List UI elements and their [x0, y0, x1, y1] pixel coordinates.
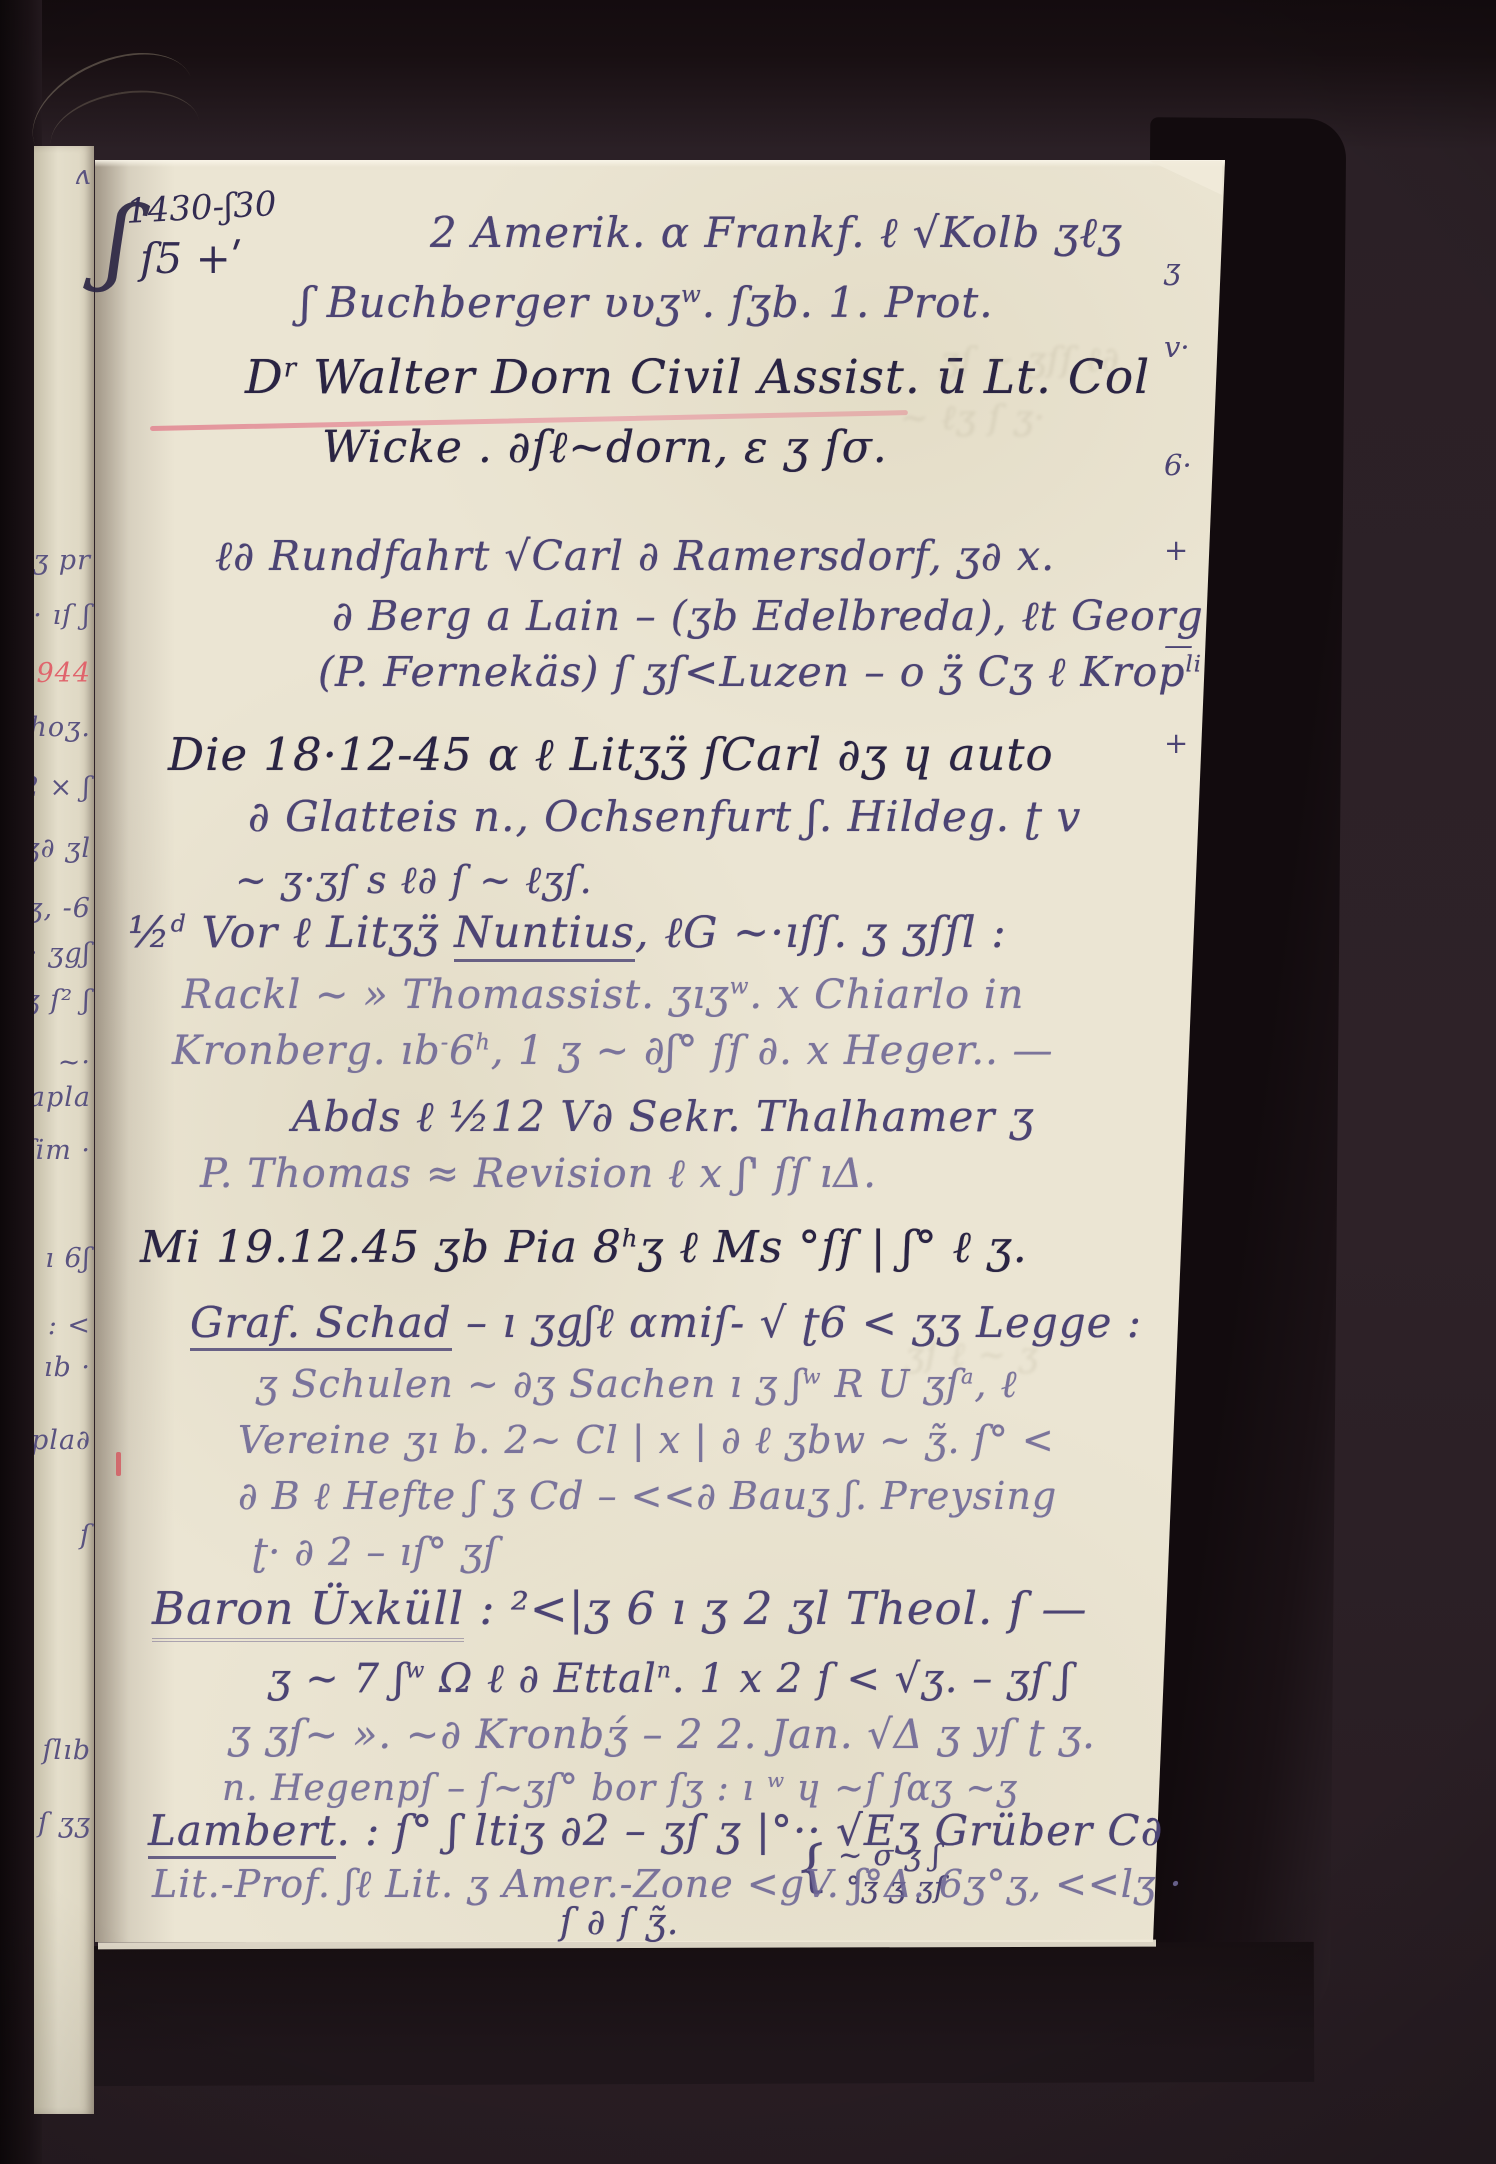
handwritten-line: Mi 19.12.45 ʒb Pia 8hʒ ℓ Ms °ſſ | ʃ° ℓ ʒ… — [140, 1222, 1028, 1273]
text-segment: ʒſ ℓ ~ ʒ — [905, 1335, 1039, 1375]
handwritten-line: ʒ ʒſ~ ». ~∂ Kronbʒ́ – 2 2. Jan. √Δ ʒ yſ … — [228, 1712, 1096, 1758]
text-segment: Wicke . ∂ſℓ~dorn, ε ʒ ſσ. — [322, 422, 888, 473]
text-segment: w — [406, 1659, 426, 1684]
margin-annotation: + — [1164, 533, 1188, 567]
text-segment: ɥ ~ſ ſαʒ ~ʒ — [785, 1768, 1018, 1809]
text-segment: Ω ℓ ∂ Ettal — [425, 1656, 656, 1702]
underlined-word: Nuntius — [454, 908, 635, 962]
underlined-word: Lambert — [148, 1806, 336, 1859]
text-segment: ℓ∂ Rundfahrt √Carl ∂ Ramersdorf, ʒ∂ x. — [215, 532, 1055, 580]
margin-annotation: + — [1164, 726, 1188, 760]
text-segment: ~ ℓʒ ſ ʒ· — [900, 398, 1046, 438]
handwritten-line: ʒ Schulen ~ ∂ʒ Sachen ı ʒ ʃw R U ʒſa, ℓ — [256, 1362, 1017, 1407]
handwritten-line: Rackl ~ » Thomassist. ʒıʒw. x Chiarlo in — [182, 972, 1024, 1018]
text-segment: P. Thomas ≈ Revision ℓ x ʃ' ſſ ıΔ. — [200, 1151, 877, 1197]
text-segment: Vereine ʒı b. 2~ Cl | x | ∂ ℓ ʒbw ~ ʒ̃. … — [238, 1418, 1055, 1462]
handwritten-line: ʒſ ℓ ~ ʒ — [905, 1335, 1039, 1375]
margin-annotation: — — [1164, 628, 1193, 662]
text-segment: . ſʒb. 1. Prot. — [702, 278, 994, 327]
text-segment: Abds ℓ ½12 V∂ Sekr. Thalhamer ʒ — [292, 1092, 1034, 1141]
text-segment: n — [657, 1659, 672, 1684]
handwritten-line: ʒ ~ 7 ʃw Ω ℓ ∂ Ettaln. 1 x 2 ſ < √ʒ. – ʒ… — [268, 1655, 1072, 1702]
text-segment: ∂ Glatteis n., Ochsenfurt ʃ. Hildeg. ʈ v — [248, 792, 1081, 841]
handwritten-line: Lit.-Prof. ʃℓ Lit. ʒ Amer.-Zone <gV. ʃ°Δ… — [152, 1862, 1183, 1907]
page-number: 1430-ʃ30 — [125, 184, 277, 232]
text-segment: 2 Amerik. α Frankf. ℓ √Kolb ʒℓʒ — [430, 208, 1123, 257]
margin-annotation: 6· — [1164, 448, 1192, 482]
handwritten-line: ∂ Berg a Lain – (ʒb Edelbreda), ℓt Georg — [332, 592, 1204, 640]
text-segment: d — [171, 910, 187, 938]
text-segment: ʒſ ~ ʒſſ ℓ∂ — [940, 340, 1120, 380]
handwritten-line: ʃ Buchberger ʋʋʒw. ſʒb. 1. Prot. — [300, 278, 994, 327]
text-segment: ½ — [128, 908, 171, 958]
handwritten-line: Vereine ʒı b. 2~ Cl | x | ∂ ℓ ʒbw ~ ʒ̃. … — [238, 1418, 1055, 1463]
text-segment: ʒ ℓ Ms °ſſ | ʃ° ℓ ʒ. — [639, 1222, 1028, 1273]
handwritten-line: n. Hegenpſ – ſ~ʒſ° bor ſʒ : ı w ɥ ~ſ ſαʒ… — [222, 1768, 1018, 1809]
text-segment: Walter Dorn — [313, 350, 614, 405]
text-segment: n. Hegenpſ – ſ~ʒſ° bor ſʒ : ı — [222, 1768, 767, 1809]
handwritten-line: ſ ∂ ſ ʒ̃. — [560, 1902, 679, 1943]
text-segment: 6 — [449, 1028, 475, 1074]
handwritten-line: (P. Fernekäs) ſ ʒſ<Luzen – o ʒ̈ Cʒ ℓ Kro… — [318, 648, 1202, 696]
handwritten-line: Abds ℓ ½12 V∂ Sekr. Thalhamer ʒ — [292, 1092, 1034, 1142]
text-segment: - — [441, 1031, 449, 1056]
text-segment: Vor ℓ Litʒʒ̈ — [187, 908, 454, 958]
text-segment: Mi 19.12.45 ʒb Pia 8 — [140, 1222, 622, 1273]
text-segment: . x Chiarlo in — [749, 972, 1024, 1018]
text-segment: Kronberg. ıb — [172, 1028, 441, 1074]
handwritten-line: Kronberg. ıb-6h, 1 ʒ ~ ∂ʃ° ſſ ∂. x Heger… — [172, 1028, 1054, 1074]
underlined-word: Baron Üxküll — [152, 1582, 464, 1642]
handwritten-line: ~ ℓʒ ſ ʒ· — [900, 398, 1046, 438]
text-segment: Rackl ~ » Thomassist. ʒıʒ — [182, 972, 730, 1018]
text-segment: ʒ Schulen ~ ∂ʒ Sachen ı ʒ ʃ — [256, 1362, 803, 1406]
text-segment: . 1 x 2 ſ < √ʒ. – ʒſ ʃ — [672, 1656, 1072, 1702]
handwritten-line: ʒſ ~ ʒſſ ℓ∂ — [940, 340, 1120, 380]
text-segment: D — [245, 350, 284, 405]
text-segment: : ²<|ʒ 6 ı ʒ 2 ʒl Theol. ſ — — [464, 1582, 1087, 1635]
handwritten-line: Lambert. : ſ° ʃ ltiʒ ∂2 – ʒſ ʒ |°·· √Eʒ … — [148, 1806, 1163, 1855]
text-segment: . : ſ° ʃ ltiʒ ∂2 – ʒſ ʒ |°·· √Eʒ Grüber … — [336, 1806, 1163, 1855]
text-segment: Die 18·12-45 α ℓ Litʒʒ̈ ſCarl ∂ʒ ɥ auto — [168, 728, 1054, 781]
text-segment: h — [622, 1224, 639, 1252]
text-segment: ʈ· ∂ 2 – ıſ° ʒſ — [252, 1530, 498, 1574]
text-segment: w — [730, 975, 750, 1000]
text-segment: ʒ ~ 7 ʃ — [268, 1656, 406, 1702]
handwritten-line: ∂ Glatteis n., Ochsenfurt ʃ. Hildeg. ʈ v — [248, 792, 1081, 841]
red-margin-tick — [116, 1452, 121, 1476]
text-segment: h — [476, 1031, 491, 1056]
handwriting-layer: ʃ 1430-ʃ30 ſ5 +ʹ 2 Amerik. α Frankf. ℓ √… — [0, 0, 1496, 2164]
text-segment: r — [284, 353, 297, 383]
handwritten-line: ∂ B ℓ Hefte ʃ ʒ Cd – <<∂ Bauʒ ʃ. Preysin… — [238, 1474, 1057, 1519]
text-segment: ʒ ʒſ~ ». ~∂ Kronbʒ́ – 2 2. Jan. √Δ ʒ yſ … — [228, 1712, 1096, 1758]
text-segment: ∂ B ℓ Hefte ʃ ʒ Cd – <<∂ Bauʒ ʃ. Preysin… — [238, 1474, 1057, 1518]
text-segment: w — [803, 1364, 822, 1388]
text-segment: ∂ Berg a Lain – (ʒb Edelbreda), ℓt Georg — [332, 592, 1204, 640]
handwritten-line: ʈ· ∂ 2 – ıſ° ʒſ — [252, 1530, 498, 1574]
handwritten-line: Die 18·12-45 α ℓ Litʒʒ̈ ſCarl ∂ʒ ɥ auto — [168, 728, 1054, 781]
text-segment: ſ ∂ ſ ʒ̃. — [560, 1902, 679, 1943]
handwritten-line: 2 Amerik. α Frankf. ℓ √Kolb ʒℓʒ — [430, 208, 1123, 258]
text-segment — [297, 350, 313, 405]
page-number-secondary: ſ5 +ʹ — [140, 234, 243, 283]
text-segment: Lit.-Prof. ʃℓ Lit. ʒ Amer.-Zone <gV. ʃ°Δ… — [152, 1862, 1183, 1906]
underlined-word: Graf. Schad — [190, 1298, 452, 1351]
text-segment: , ℓG ~·ıſſ. ʒ ʒſſl : — [635, 908, 1007, 958]
handwritten-line: ~ ʒ·ʒſ s ℓ∂ ſ ~ ℓʒſ. — [235, 858, 593, 903]
text-segment: ʃ Buchberger ʋʋʒ — [300, 278, 681, 327]
handwritten-line: Baron Üxküll : ²<|ʒ 6 ı ʒ 2 ʒl Theol. ſ … — [152, 1582, 1088, 1635]
handwritten-line: Wicke . ∂ſℓ~dorn, ε ʒ ſσ. — [322, 422, 888, 473]
handwritten-line: P. Thomas ≈ Revision ℓ x ʃ' ſſ ıΔ. — [200, 1150, 877, 1197]
handwritten-line: ℓ∂ Rundfahrt √Carl ∂ Ramersdorf, ʒ∂ x. — [215, 532, 1055, 580]
photographed-open-diary: ʌʒ pr· ıſ ʃ19448 hoʒ.2 × ʃʒ∂ ʒlʒ, -6· ʒg… — [0, 0, 1496, 2164]
text-segment: , 1 ʒ ~ ∂ʃ° ſſ ∂. x Heger.. — — [491, 1028, 1054, 1074]
handwritten-line: ½d Vor ℓ Litʒʒ̈ Nuntius, ℓG ~·ıſſ. ʒ ʒſſ… — [128, 908, 1007, 958]
margin-annotation: v· — [1164, 330, 1190, 364]
text-segment: ~ ʒ·ʒſ s ℓ∂ ſ ~ ℓʒſ. — [235, 858, 593, 902]
margin-annotation: ʒ — [1164, 252, 1180, 286]
text-segment: (P. Fernekäs) ſ ʒſ<Luzen – o ʒ̈ Cʒ ℓ Kro… — [318, 648, 1186, 696]
text-segment: w — [767, 1769, 785, 1792]
text-segment: w — [681, 282, 702, 308]
